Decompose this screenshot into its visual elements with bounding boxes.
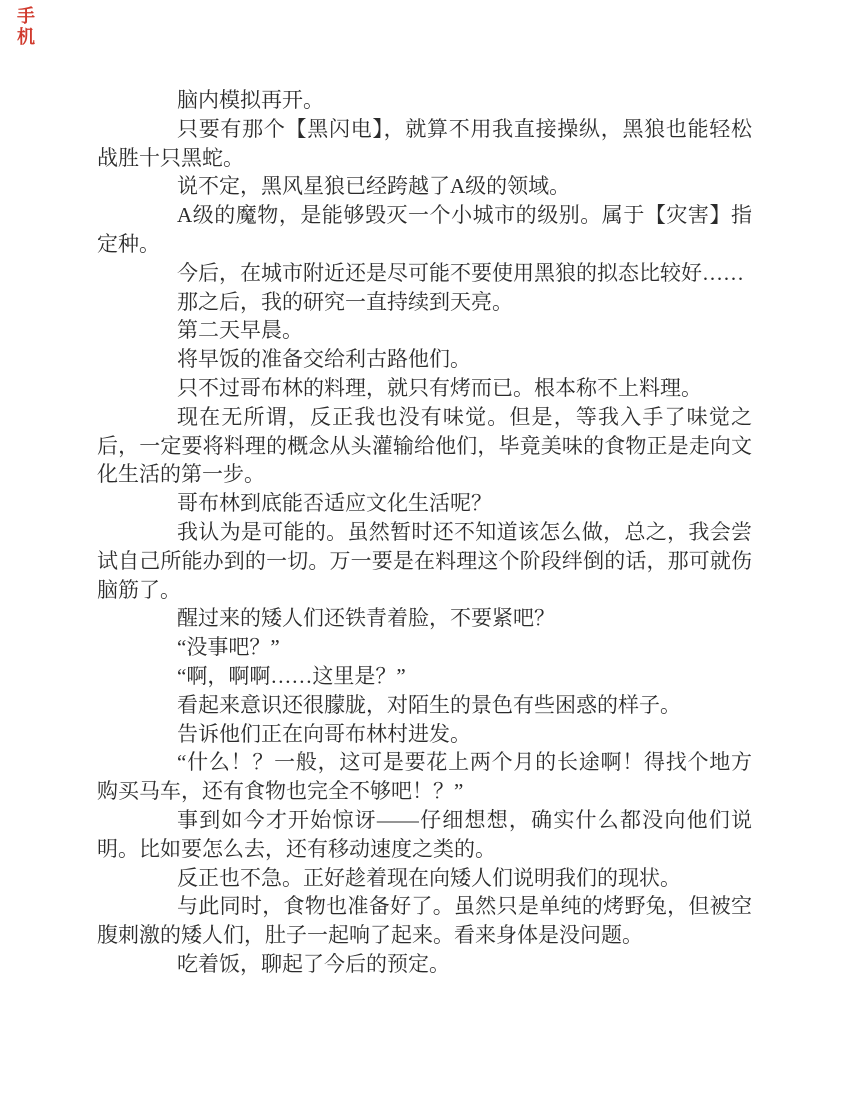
- paragraph: 告诉他们正在向哥布林村进发。: [97, 720, 752, 749]
- watermark-char-top: 手: [17, 6, 35, 27]
- paragraph: 只要有那个【黑闪电】，就算不用我直接操纵，黑狼也能轻松战胜十只黑蛇。: [97, 115, 752, 173]
- paragraph: 说不定，黑风星狼已经跨越了A级的领域。: [97, 172, 752, 201]
- paragraph: A级的魔物，是能够毁灭一个小城市的级别。属于【灾害】指定种。: [97, 201, 752, 259]
- paragraph: 与此同时，食物也准备好了。虽然只是单纯的烤野兔，但被空腹刺激的矮人们，肚子一起响…: [97, 892, 752, 950]
- paragraph: 将早饭的准备交给利古路他们。: [97, 345, 752, 374]
- paragraph: 反正也不急。正好趁着现在向矮人们说明我们的现状。: [97, 864, 752, 893]
- paragraph: 我认为是可能的。虽然暂时还不知道该怎么做，总之，我会尝试自己所能办到的一切。万一…: [97, 518, 752, 604]
- paragraph: 脑内模拟再开。: [97, 86, 752, 115]
- paragraph: 今后，在城市附近还是尽可能不要使用黑狼的拟态比较好……: [97, 259, 752, 288]
- watermark-char-bottom: 机: [17, 27, 35, 48]
- paragraph: “啊，啊啊……这里是？”: [97, 662, 752, 691]
- paragraph: “什么！？一般，这可是要花上两个月的长途啊！得找个地方购买马车，还有食物也完全不…: [97, 748, 752, 806]
- paragraph: 现在无所谓，反正我也没有味觉。但是，等我入手了味觉之后，一定要将料理的概念从头灌…: [97, 403, 752, 489]
- novel-page: 手 机 脑内模拟再开。只要有那个【黑闪电】，就算不用我直接操纵，黑狼也能轻松战胜…: [0, 0, 850, 1100]
- paragraph: 看起来意识还很朦胧，对陌生的景色有些困惑的样子。: [97, 691, 752, 720]
- paragraph: 醒过来的矮人们还铁青着脸，不要紧吧？: [97, 604, 752, 633]
- red-watermark-stamp: 手 机: [17, 6, 35, 48]
- paragraph: 第二天早晨。: [97, 316, 752, 345]
- paragraph: “没事吧？”: [97, 633, 752, 662]
- paragraph: 事到如今才开始惊讶——仔细想想，确实什么都没向他们说明。比如要怎么去，还有移动速…: [97, 806, 752, 864]
- paragraph: 只不过哥布林的料理，就只有烤而已。根本称不上料理。: [97, 374, 752, 403]
- novel-text-body: 脑内模拟再开。只要有那个【黑闪电】，就算不用我直接操纵，黑狼也能轻松战胜十只黑蛇…: [97, 86, 752, 979]
- paragraph: 那之后，我的研究一直持续到天亮。: [97, 288, 752, 317]
- paragraph: 吃着饭，聊起了今后的预定。: [97, 950, 752, 979]
- paragraph: 哥布林到底能否适应文化生活呢？: [97, 489, 752, 518]
